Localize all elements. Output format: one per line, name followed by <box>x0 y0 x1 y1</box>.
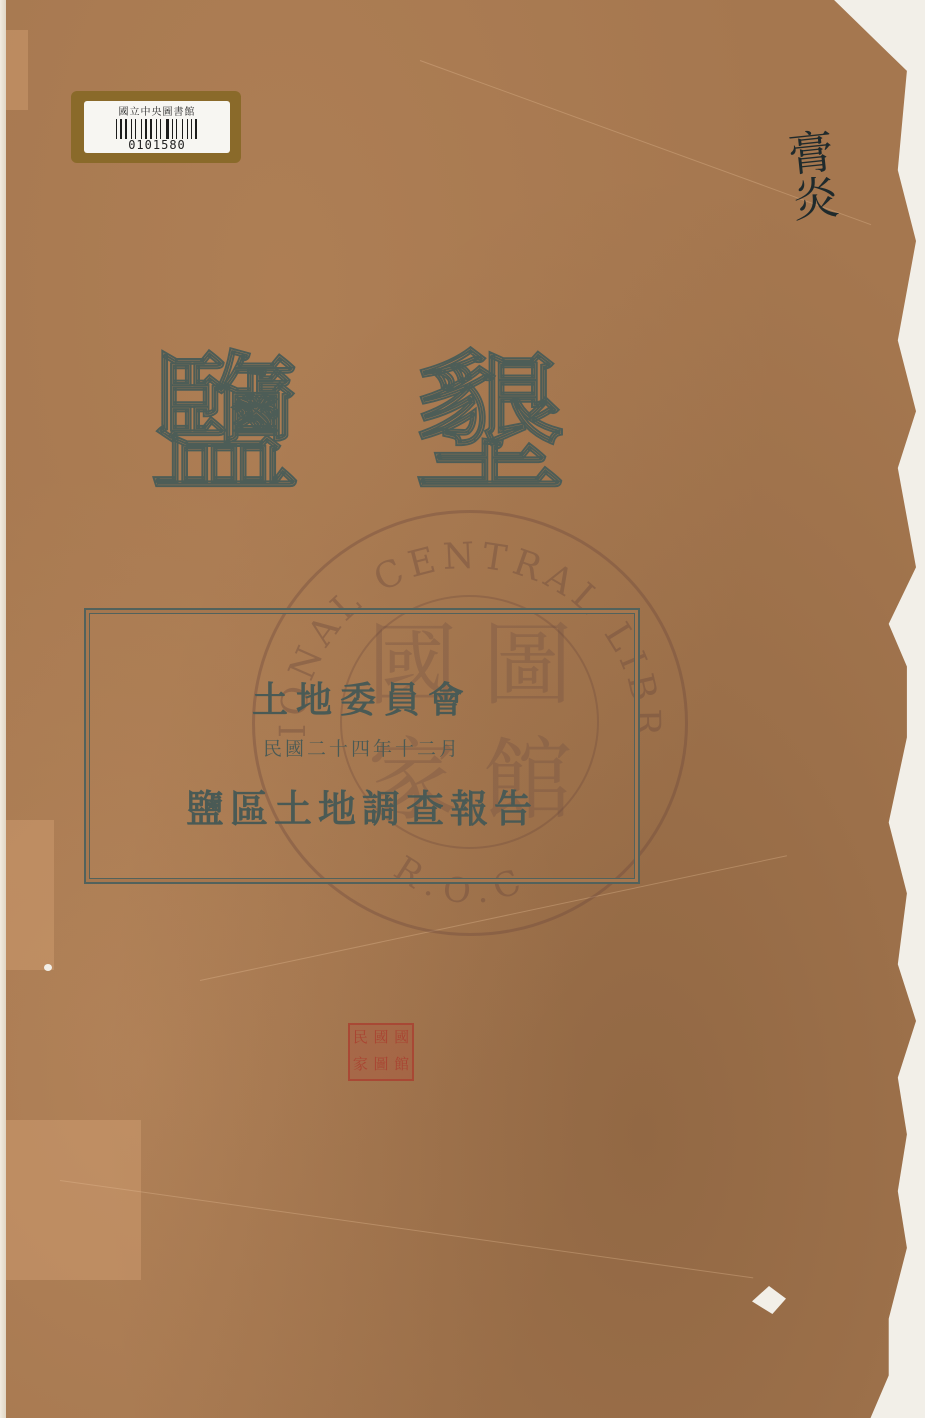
tape-patch <box>6 30 28 110</box>
publication-info-box: 土地委員會 民國二十四年十二月 鹽區土地調查報告 <box>84 608 640 884</box>
handwritten-note: 膏炎 <box>790 126 849 223</box>
label-barcode-number: 0101580 <box>84 138 230 152</box>
seal-char: 國 <box>371 1025 392 1052</box>
report-title: 鹽區土地調查報告 <box>86 778 638 833</box>
seal-char: 國 <box>391 1025 412 1052</box>
seal-char: 館 <box>391 1052 412 1079</box>
title-character-salt: 鹽 <box>150 350 300 500</box>
tape-patch <box>6 1120 141 1280</box>
barcode-icon <box>84 119 230 139</box>
barcode-label: 國立中央圖書館 0101580 <box>84 101 230 153</box>
red-seal: 民國國家圖館 <box>348 1023 414 1081</box>
title-character-reclaim: 墾 <box>415 350 565 500</box>
paper-hole <box>44 964 52 971</box>
seal-char: 民 <box>350 1025 371 1052</box>
tape-patch <box>6 820 54 970</box>
seal-char: 圖 <box>371 1052 392 1079</box>
seal-char: 家 <box>350 1052 371 1079</box>
publisher-name: 土地委員會 <box>86 672 638 723</box>
label-institution: 國立中央圖書館 <box>84 103 230 118</box>
publication-date: 民國二十四年十二月 <box>86 734 638 761</box>
